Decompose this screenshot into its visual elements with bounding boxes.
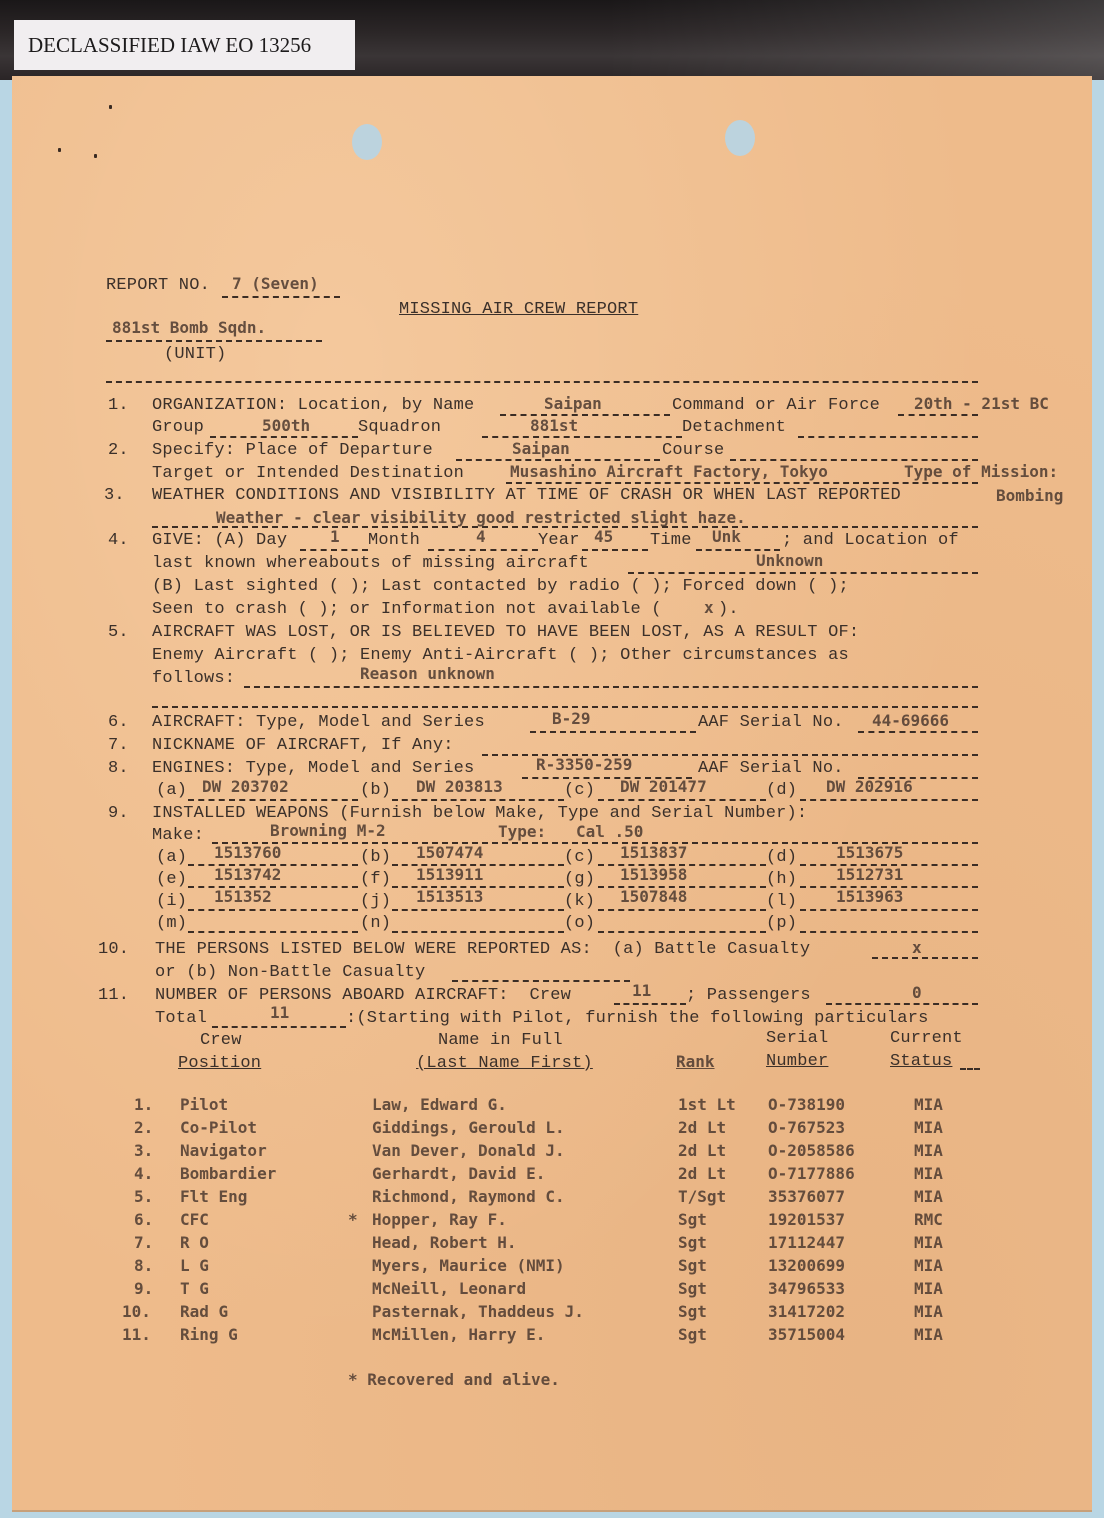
item-number: 8. xyxy=(108,759,129,778)
weapon-key: (m) xyxy=(156,914,187,933)
row-number: 5. xyxy=(134,1187,153,1206)
crew-name: McMillen, Harry E. xyxy=(372,1325,545,1344)
report-no-underline xyxy=(222,296,340,298)
crew-name: Head, Robert H. xyxy=(372,1233,517,1252)
detachment-field xyxy=(798,436,978,438)
engine-key: (a) xyxy=(156,781,187,800)
item-number: 2. xyxy=(108,441,129,460)
organization-label: ORGANIZATION: Location, by Name xyxy=(152,396,474,415)
weapon-serial: 151352 xyxy=(214,887,272,906)
follows-field-2 xyxy=(152,706,978,708)
passengers-field xyxy=(826,1003,978,1005)
col-header-serial-top: Serial xyxy=(766,1029,828,1048)
crew-rank: 2d Lt xyxy=(678,1118,726,1137)
status-options-end: ). xyxy=(718,600,739,619)
whereabouts-label: last known whereabouts of missing aircra… xyxy=(152,554,589,573)
weapon-key: (o) xyxy=(564,914,595,933)
year-value: 45 xyxy=(594,527,613,546)
target-label: Target or Intended Destination xyxy=(152,464,464,483)
group-field xyxy=(210,436,358,438)
crew-serial: 13200699 xyxy=(768,1256,845,1275)
crew-serial: 19201537 xyxy=(768,1210,845,1229)
item-number: 6. xyxy=(108,713,129,732)
follows-value: Reason unknown xyxy=(360,664,495,683)
item-number: 9. xyxy=(108,804,129,823)
crew-serial: 35376077 xyxy=(768,1187,845,1206)
crew-position: Bombardier xyxy=(180,1164,276,1183)
weapon-key: (a) xyxy=(156,848,187,867)
weapon-serial: 1513742 xyxy=(214,865,281,884)
weapon-serial: 1513760 xyxy=(214,843,281,862)
crew-name: Richmond, Raymond C. xyxy=(372,1187,565,1206)
crew-rank: Sgt xyxy=(678,1233,707,1252)
punch-hole-icon xyxy=(725,120,755,156)
crew-position: Co-Pilot xyxy=(180,1118,257,1137)
row-number: 4. xyxy=(134,1164,153,1183)
item-number: 3. xyxy=(104,486,125,505)
col-header-status-top: Current xyxy=(890,1029,963,1048)
item-number: 7. xyxy=(108,736,129,755)
crew-position: L G xyxy=(180,1256,209,1275)
mission-value: Bombing xyxy=(996,486,1063,505)
report-no-label: REPORT NO. xyxy=(106,276,210,295)
crew-name: Giddings, Gerould L. xyxy=(372,1118,565,1137)
paper-speck xyxy=(109,105,112,109)
item-number: 4. xyxy=(108,531,129,550)
item-number: 5. xyxy=(108,623,129,642)
col-header-name: (Last Name First) xyxy=(416,1054,593,1073)
weapon-key: (d) xyxy=(766,848,797,867)
total-label: Total xyxy=(155,1009,207,1028)
crew-position: Pilot xyxy=(180,1095,228,1114)
weapon-key: (p) xyxy=(766,914,797,933)
command-field xyxy=(898,414,978,416)
time-label: Time xyxy=(650,531,692,550)
weapon-field xyxy=(800,931,978,933)
month-value: 4 xyxy=(476,527,486,546)
weather-value: Weather - clear visibility good restrict… xyxy=(216,508,746,527)
crew-position: Ring G xyxy=(180,1325,238,1344)
crew-status: MIA xyxy=(914,1164,943,1183)
row-number: 8. xyxy=(134,1256,153,1275)
weapon-serial: 1513963 xyxy=(836,887,903,906)
aircraft-type-label: AIRCRAFT: Type, Model and Series xyxy=(152,713,485,732)
location-field xyxy=(500,414,670,416)
col-header-name-top: Name in Full xyxy=(438,1031,563,1050)
crew-status: MIA xyxy=(914,1118,943,1137)
engines-type-value: R-3350-259 xyxy=(536,755,632,774)
crew-rank: 2d Lt xyxy=(678,1141,726,1160)
departure-field xyxy=(456,459,660,461)
course-label: Course xyxy=(662,441,724,460)
status-header-underline xyxy=(960,1068,980,1070)
crew-name: Gerhardt, David E. xyxy=(372,1164,545,1183)
crew-status: MIA xyxy=(914,1256,943,1275)
weapon-field xyxy=(188,931,358,933)
engine-field xyxy=(800,799,978,801)
make-label: Make: xyxy=(152,826,204,845)
make-value: Browning M-2 xyxy=(270,821,386,840)
engines-type-label: ENGINES: Type, Model and Series xyxy=(152,759,474,778)
declassified-stamp: DECLASSIFIED IAW EO 13256 xyxy=(14,20,355,70)
engine-serial: DW 201477 xyxy=(620,777,707,796)
weapon-field xyxy=(392,909,564,911)
month-label: Month xyxy=(368,531,420,550)
command-value: 20th - 21st BC xyxy=(914,394,1049,413)
persons-aboard-label: NUMBER OF PERSONS ABOARD AIRCRAFT: Crew xyxy=(155,986,571,1005)
weapon-serial: 1507474 xyxy=(416,843,483,862)
departure-value: Saipan xyxy=(512,439,570,458)
crew-serial: O-738190 xyxy=(768,1095,845,1114)
day-label: GIVE: (A) Day xyxy=(152,531,287,550)
year-label: Year xyxy=(538,531,580,550)
weapon-serial: 1513513 xyxy=(416,887,483,906)
row-number: 3. xyxy=(134,1141,153,1160)
crew-rank: Sgt xyxy=(678,1256,707,1275)
squadron-value: 881st xyxy=(530,416,578,435)
weapon-key: (c) xyxy=(564,848,595,867)
crew-count-field xyxy=(614,1003,686,1005)
weapon-key: (h) xyxy=(766,870,797,889)
row-number: 11. xyxy=(122,1325,151,1344)
status-options-c: Seen to crash ( ); or Information not av… xyxy=(152,600,662,619)
report-no-value: 7 (Seven) xyxy=(232,274,319,293)
weapon-type-value: Cal .50 xyxy=(576,822,643,841)
crew-serial: 31417202 xyxy=(768,1302,845,1321)
target-field xyxy=(506,482,978,484)
aircraft-type-value: B-29 xyxy=(552,709,591,728)
weather-label: WEATHER CONDITIONS AND VISIBILITY AT TIM… xyxy=(152,486,901,505)
weapon-key: (f) xyxy=(360,870,391,889)
info-not-available-checkbox[interactable]: x xyxy=(704,598,714,617)
item-number: 11. xyxy=(98,986,129,1005)
weapon-serial: 1507848 xyxy=(620,887,687,906)
engine-serial: DW 203813 xyxy=(416,777,503,796)
crew-rank: Sgt xyxy=(678,1279,707,1298)
row-number: 1. xyxy=(134,1095,153,1114)
command-label: Command or Air Force xyxy=(672,396,880,415)
crew-position: Navigator xyxy=(180,1141,267,1160)
engine-field xyxy=(598,799,766,801)
recovered-asterisk: * xyxy=(348,1210,358,1229)
crew-status: MIA xyxy=(914,1279,943,1298)
crew-status: MIA xyxy=(914,1325,943,1344)
row-number: 10. xyxy=(122,1302,151,1321)
weapon-field xyxy=(188,909,358,911)
paper-speck xyxy=(94,154,97,158)
weapon-serial: 1513911 xyxy=(416,865,483,884)
nonbattle-field xyxy=(452,980,630,982)
punch-hole-icon xyxy=(352,124,382,160)
day-field xyxy=(300,549,368,551)
section-divider xyxy=(106,381,978,383)
weather-field xyxy=(152,526,978,528)
col-header-position: Position xyxy=(178,1054,261,1073)
year-field xyxy=(582,549,648,551)
weapons-label: INSTALLED WEAPONS (Furnish below Make, T… xyxy=(152,804,807,823)
engine-field xyxy=(188,799,358,801)
col-header-status: Status xyxy=(890,1052,952,1071)
crew-serial: 35715004 xyxy=(768,1325,845,1344)
weapon-field xyxy=(598,909,766,911)
crew-position: T G xyxy=(180,1279,209,1298)
crew-position: Flt Eng xyxy=(180,1187,247,1206)
aircraft-serial-value: 44-69666 xyxy=(872,711,949,730)
crew-position: R O xyxy=(180,1233,209,1252)
whereabouts-field xyxy=(628,572,978,574)
total-value: 11 xyxy=(270,1003,289,1022)
crew-serial: 17112447 xyxy=(768,1233,845,1252)
crew-name: Pasternak, Thaddeus J. xyxy=(372,1302,584,1321)
row-number: 9. xyxy=(134,1279,153,1298)
paper-speck xyxy=(58,148,61,152)
weapon-type-label: Type: xyxy=(498,822,546,841)
casualty-label: THE PERSONS LISTED BELOW WERE REPORTED A… xyxy=(155,940,810,959)
passengers-label: ; Passengers xyxy=(686,986,811,1005)
crew-rank: Sgt xyxy=(678,1325,707,1344)
squadron-label: Squadron xyxy=(358,418,441,437)
weapon-key: (l) xyxy=(766,892,797,911)
crew-position: Rad G xyxy=(180,1302,228,1321)
group-label: Group xyxy=(152,418,204,437)
location-of-label: ; and Location of xyxy=(782,531,959,550)
nickname-label: NICKNAME OF AIRCRAFT, If Any: xyxy=(152,736,454,755)
item-number: 1. xyxy=(108,396,129,415)
engine-key: (b) xyxy=(360,781,391,800)
crew-name: McNeill, Leonard xyxy=(372,1279,526,1298)
weapon-key: (b) xyxy=(360,848,391,867)
weapon-field xyxy=(800,909,978,911)
row-number: 6. xyxy=(134,1210,153,1229)
follows-field xyxy=(244,686,978,688)
crew-rank: T/Sgt xyxy=(678,1187,726,1206)
weapon-key: (k) xyxy=(564,892,595,911)
crew-serial: 34796533 xyxy=(768,1279,845,1298)
crew-status: MIA xyxy=(914,1302,943,1321)
col-header-serial: Number xyxy=(766,1052,828,1071)
crew-status: MIA xyxy=(914,1095,943,1114)
crew-status: MIA xyxy=(914,1141,943,1160)
crew-status: MIA xyxy=(914,1187,943,1206)
location-value: Saipan xyxy=(544,394,602,413)
particulars-instructions: :(Starting with Pilot, furnish the follo… xyxy=(346,1009,929,1028)
squadron-field xyxy=(482,436,682,438)
engine-key: (c) xyxy=(564,781,595,800)
engine-serial: DW 203702 xyxy=(202,777,289,796)
weapon-key: (e) xyxy=(156,870,187,889)
unit-value: 881st Bomb Sqdn. xyxy=(112,318,266,337)
group-value: 500th xyxy=(262,416,310,435)
crew-position: CFC xyxy=(180,1210,209,1229)
crew-name: Hopper, Ray F. xyxy=(372,1210,507,1229)
unit-underline xyxy=(106,340,322,342)
weapon-key: (j) xyxy=(360,892,391,911)
page-title: MISSING AIR CREW REPORT xyxy=(399,300,638,319)
weapon-serial: 1513837 xyxy=(620,843,687,862)
crew-name: Myers, Maurice (NMI) xyxy=(372,1256,565,1275)
aircraft-serial-label: AAF Serial No. xyxy=(698,713,844,732)
battle-casualty-field xyxy=(872,957,978,959)
crew-name: Van Dever, Donald J. xyxy=(372,1141,565,1160)
crew-count-value: 11 xyxy=(632,981,651,1000)
row-number: 7. xyxy=(134,1233,153,1252)
passengers-value: 0 xyxy=(912,983,922,1002)
departure-label: Specify: Place of Departure xyxy=(152,441,433,460)
course-field xyxy=(730,459,978,461)
day-value: 1 xyxy=(330,527,340,546)
loss-cause-options: Enemy Aircraft ( ); Enemy Anti-Aircraft … xyxy=(152,646,849,665)
crew-rank: 2d Lt xyxy=(678,1164,726,1183)
col-header-position-top: Crew xyxy=(200,1031,242,1050)
battle-casualty-value: x xyxy=(912,938,922,957)
detachment-label: Detachment xyxy=(682,418,786,437)
follows-label: follows: xyxy=(152,669,235,688)
month-field xyxy=(428,549,538,551)
weapon-key: (i) xyxy=(156,892,187,911)
aircraft-type-field xyxy=(530,731,696,733)
weapon-serial: 1513675 xyxy=(836,843,903,862)
aircraft-serial-field xyxy=(858,731,978,733)
footnote: * Recovered and alive. xyxy=(348,1370,560,1389)
unit-label: (UNIT) xyxy=(164,345,226,364)
crew-name: Law, Edward G. xyxy=(372,1095,507,1114)
weapon-key: (n) xyxy=(360,914,391,933)
weapon-key: (g) xyxy=(564,870,595,889)
item-number: 10. xyxy=(98,940,129,959)
col-header-rank: Rank xyxy=(676,1052,715,1071)
whereabouts-value: Unknown xyxy=(756,551,823,570)
crew-status: RMC xyxy=(914,1210,943,1229)
time-value: Unk xyxy=(712,527,741,546)
engine-key: (d) xyxy=(766,781,797,800)
status-options-b: (B) Last sighted ( ); Last contacted by … xyxy=(152,577,849,596)
total-field xyxy=(212,1026,346,1028)
weapon-serial: 1513958 xyxy=(620,865,687,884)
row-number: 2. xyxy=(134,1118,153,1137)
weapon-field xyxy=(598,931,766,933)
crew-serial: O-2058586 xyxy=(768,1141,855,1160)
crew-serial: O-767523 xyxy=(768,1118,845,1137)
crew-rank: Sgt xyxy=(678,1302,707,1321)
engine-serial: DW 202916 xyxy=(826,777,913,796)
crew-rank: Sgt xyxy=(678,1210,707,1229)
crew-rank: 1st Lt xyxy=(678,1095,736,1114)
crew-status: MIA xyxy=(914,1233,943,1252)
engine-field xyxy=(392,799,564,801)
nonbattle-label: or (b) Non-Battle Casualty xyxy=(155,963,425,982)
target-value: Musashino Aircraft Factory, Tokyo xyxy=(510,462,828,481)
weapon-serial: 1512731 xyxy=(836,865,903,884)
crew-serial: O-7177886 xyxy=(768,1164,855,1183)
mission-label: Type of Mission: xyxy=(904,462,1058,481)
loss-cause-label: AIRCRAFT WAS LOST, OR IS BELIEVED TO HAV… xyxy=(152,623,859,642)
weapon-field xyxy=(392,931,564,933)
engines-serial-label: AAF Serial No. xyxy=(698,759,844,778)
